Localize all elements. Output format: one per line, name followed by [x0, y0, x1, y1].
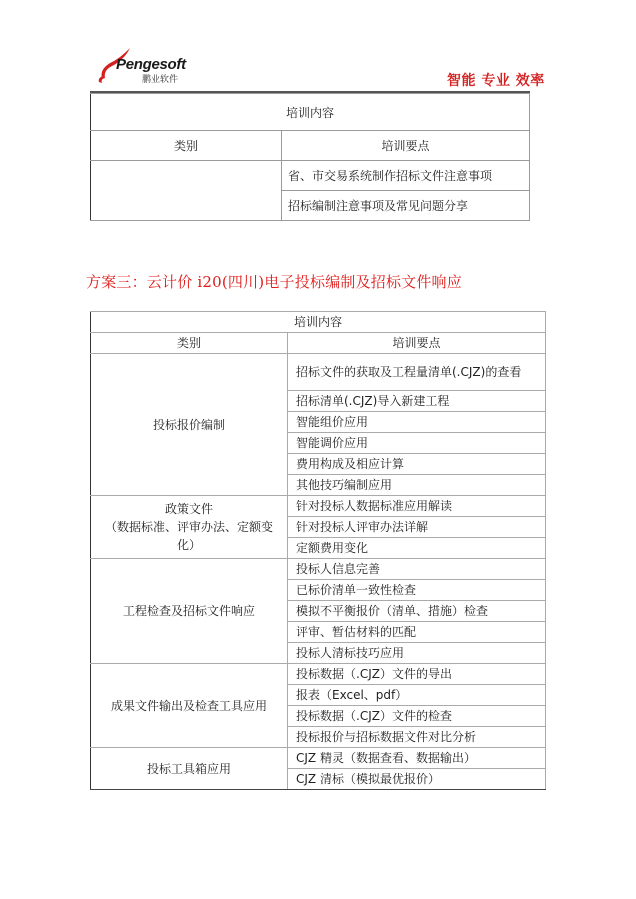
- point-cell: CJZ 精灵（数据查看、数据输出）: [288, 748, 546, 769]
- category-cell: 工程检查及招标文件响应: [91, 559, 288, 664]
- point-cell: 投标数据（.CJZ）文件的检查: [288, 706, 546, 727]
- point-cell: 定额费用变化: [288, 538, 546, 559]
- point-cell: 针对投标人数据标准应用解读: [288, 496, 546, 517]
- point-cell: 投标数据（.CJZ）文件的导出: [288, 664, 546, 685]
- column-header-category: 类别: [91, 131, 282, 161]
- point-cell: 报表（Excel、pdf）: [288, 685, 546, 706]
- logo-text-en: Pengesoft: [116, 56, 186, 73]
- point-cell: 招标编制注意事项及常见问题分享: [282, 191, 530, 221]
- training-table-top: 培训内容 类别 培训要点 省、市交易系统制作招标文件注意事项 招标编制注意事项及…: [90, 93, 530, 221]
- column-header-category: 类别: [91, 333, 288, 354]
- category-cell: 成果文件输出及检查工具应用: [91, 664, 288, 748]
- point-cell: 针对投标人评审办法详解: [288, 517, 546, 538]
- point-cell: 投标报价与招标数据文件对比分析: [288, 727, 546, 748]
- point-cell: 智能调价应用: [288, 433, 546, 454]
- category-title: 政策文件: [97, 500, 281, 518]
- point-cell: 其他技巧编制应用: [288, 475, 546, 496]
- company-logo: Pengesoft 鹏业软件: [96, 46, 206, 88]
- category-cell: [91, 161, 282, 221]
- category-cell: 政策文件 （数据标准、评审办法、定额变化）: [91, 496, 288, 559]
- point-cell: 省、市交易系统制作招标文件注意事项: [282, 161, 530, 191]
- category-cell: 投标报价编制: [91, 354, 288, 496]
- point-cell: 投标人信息完善: [288, 559, 546, 580]
- training-table-main: 培训内容 类别 培训要点 投标报价编制 招标文件的获取及工程量清单(.CJZ)的…: [90, 311, 546, 790]
- section-heading: 方案三：云计价 i20(四川)电子投标编制及招标文件响应: [86, 271, 462, 292]
- point-cell: CJZ 清标（模拟最优报价）: [288, 769, 546, 790]
- point-cell: 招标清单(.CJZ)导入新建工程: [288, 391, 546, 412]
- column-header-points: 培训要点: [282, 131, 530, 161]
- point-cell: 已标价清单一致性检查: [288, 580, 546, 601]
- logo-text-cn: 鹏业软件: [142, 72, 178, 85]
- category-cell: 投标工具箱应用: [91, 748, 288, 790]
- point-cell: 招标文件的获取及工程量清单(.CJZ)的查看: [288, 354, 546, 391]
- table-title: 培训内容: [91, 94, 530, 131]
- category-subtitle: （数据标准、评审办法、定额变化）: [97, 518, 281, 554]
- column-header-points: 培训要点: [288, 333, 546, 354]
- point-cell: 智能组价应用: [288, 412, 546, 433]
- point-cell: 投标人清标技巧应用: [288, 643, 546, 664]
- table-title: 培训内容: [91, 312, 546, 333]
- point-cell: 评审、暂估材料的匹配: [288, 622, 546, 643]
- point-cell: 模拟不平衡报价（清单、措施）检查: [288, 601, 546, 622]
- point-cell: 费用构成及相应计算: [288, 454, 546, 475]
- slogan: 智能 专业 效率: [447, 70, 545, 90]
